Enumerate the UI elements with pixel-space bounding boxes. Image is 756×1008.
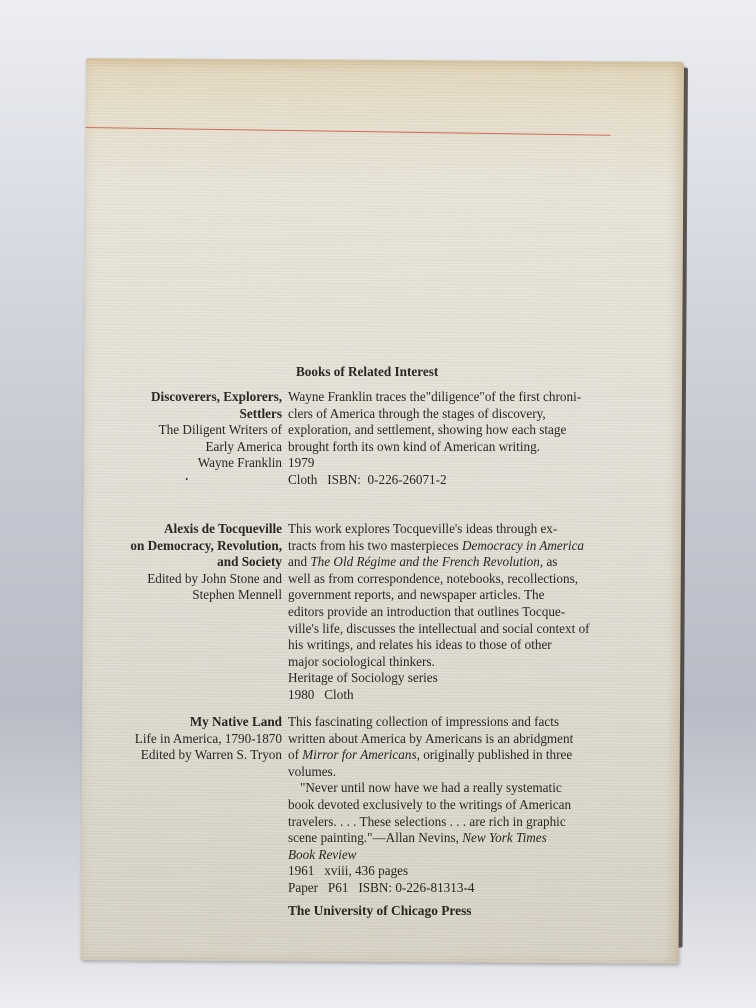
description-line: his writings, and relates his ideas to t… <box>288 637 628 654</box>
entry-subtitle-line: Early America <box>62 439 282 456</box>
entry-author: Wayne Franklin <box>62 455 282 472</box>
entry-description: This fascinating collection of impressio… <box>288 714 628 897</box>
entry-title-line: Settlers <box>62 406 282 423</box>
review-quote-line: book devoted exclusively to the writings… <box>288 797 628 814</box>
entry-heading: Alexis de Tocqueville on Democracy, Revo… <box>62 521 282 604</box>
entry-subtitle-line: The Diligent Writers of <box>62 422 282 439</box>
description-line: Wayne Franklin traces the"diligence"of t… <box>288 389 628 406</box>
entry-heading: My Native Land Life in America, 1790-187… <box>62 714 282 764</box>
entry-description: This work explores Tocqueville's ideas t… <box>288 521 628 704</box>
description-line: major sociological thinkers. <box>288 654 628 671</box>
book-title-italic: Mirror for Americans, <box>302 747 420 762</box>
description-line: This work explores Tocqueville's ideas t… <box>288 521 628 538</box>
binding-isbn: Cloth ISBN: 0-226-26071-2 <box>288 472 628 489</box>
entry-editors-line: Edited by John Stone and <box>62 571 282 588</box>
entry-title-line: My Native Land <box>62 714 282 731</box>
description-line: volumes. <box>288 764 628 781</box>
text-segment: and <box>288 554 310 569</box>
description-line: written about America by Americans is an… <box>288 731 628 748</box>
review-quote-line: scene painting."—Allan Nevins, New York … <box>288 830 628 847</box>
publication-italic: Book Review <box>288 847 628 864</box>
text-segment: of <box>288 747 302 762</box>
entry-subtitle-line: Life in America, 1790-1870 <box>62 731 282 748</box>
section-title: Books of Related Interest <box>296 364 438 381</box>
entry-title-line: Alexis de Tocqueville <box>62 521 282 538</box>
description-line: tracts from his two masterpieces Democra… <box>288 538 628 555</box>
dot-mark: • <box>62 472 282 489</box>
book-title-italic: The Old Régime and the French Revolution… <box>310 554 543 569</box>
description-line: editors provide an introduction that out… <box>288 604 628 621</box>
binding-isbn: Paper P61 ISBN: 0-226-81313-4 <box>288 880 628 897</box>
description-line: exploration, and settlement, showing how… <box>288 422 628 439</box>
description-line: government reports, and newspaper articl… <box>288 587 628 604</box>
entry-description: Wayne Franklin traces the"diligence"of t… <box>288 389 628 489</box>
entry-editors-line: Edited by Warren S. Tryon <box>62 747 282 764</box>
cover-text: Books of Related Interest Discoverers, E… <box>0 0 756 1008</box>
series-name: Heritage of Sociology series <box>288 670 628 687</box>
description-line: clers of America through the stages of d… <box>288 406 628 423</box>
publisher-name: The University of Chicago Press <box>288 903 472 920</box>
entry-editors-line: Stephen Mennell <box>62 587 282 604</box>
description-line: well as from correspondence, notebooks, … <box>288 571 628 588</box>
year-binding: 1980 Cloth <box>288 687 628 704</box>
entry-title-line: on Democracy, Revolution, <box>62 538 282 555</box>
review-quote-line: travelers. . . . These selections . . . … <box>288 814 628 831</box>
text-segment: as <box>543 554 557 569</box>
entry-title-line: Discoverers, Explorers, <box>62 389 282 406</box>
year-pages: 1961 xviii, 436 pages <box>288 863 628 880</box>
text-segment: scene painting."—Allan Nevins, <box>288 830 462 845</box>
description-line: brought forth its own kind of American w… <box>288 439 628 456</box>
description-line: ville's life, discusses the intellectual… <box>288 621 628 638</box>
publication-year: 1979 <box>288 455 628 472</box>
publication-italic: New York Times <box>462 830 547 845</box>
entry-title-line: and Society <box>62 554 282 571</box>
text-segment: originally published in three <box>420 747 572 762</box>
description-line: This fascinating collection of impressio… <box>288 714 628 731</box>
review-quote-line: "Never until now have we had a really sy… <box>288 780 628 797</box>
book-title-italic: Democracy in America <box>462 538 584 553</box>
description-line: and The Old Régime and the French Revolu… <box>288 554 628 571</box>
text-segment: tracts from his two masterpieces <box>288 538 462 553</box>
description-line: of Mirror for Americans, originally publ… <box>288 747 628 764</box>
entry-heading: Discoverers, Explorers, Settlers The Dil… <box>62 389 282 489</box>
